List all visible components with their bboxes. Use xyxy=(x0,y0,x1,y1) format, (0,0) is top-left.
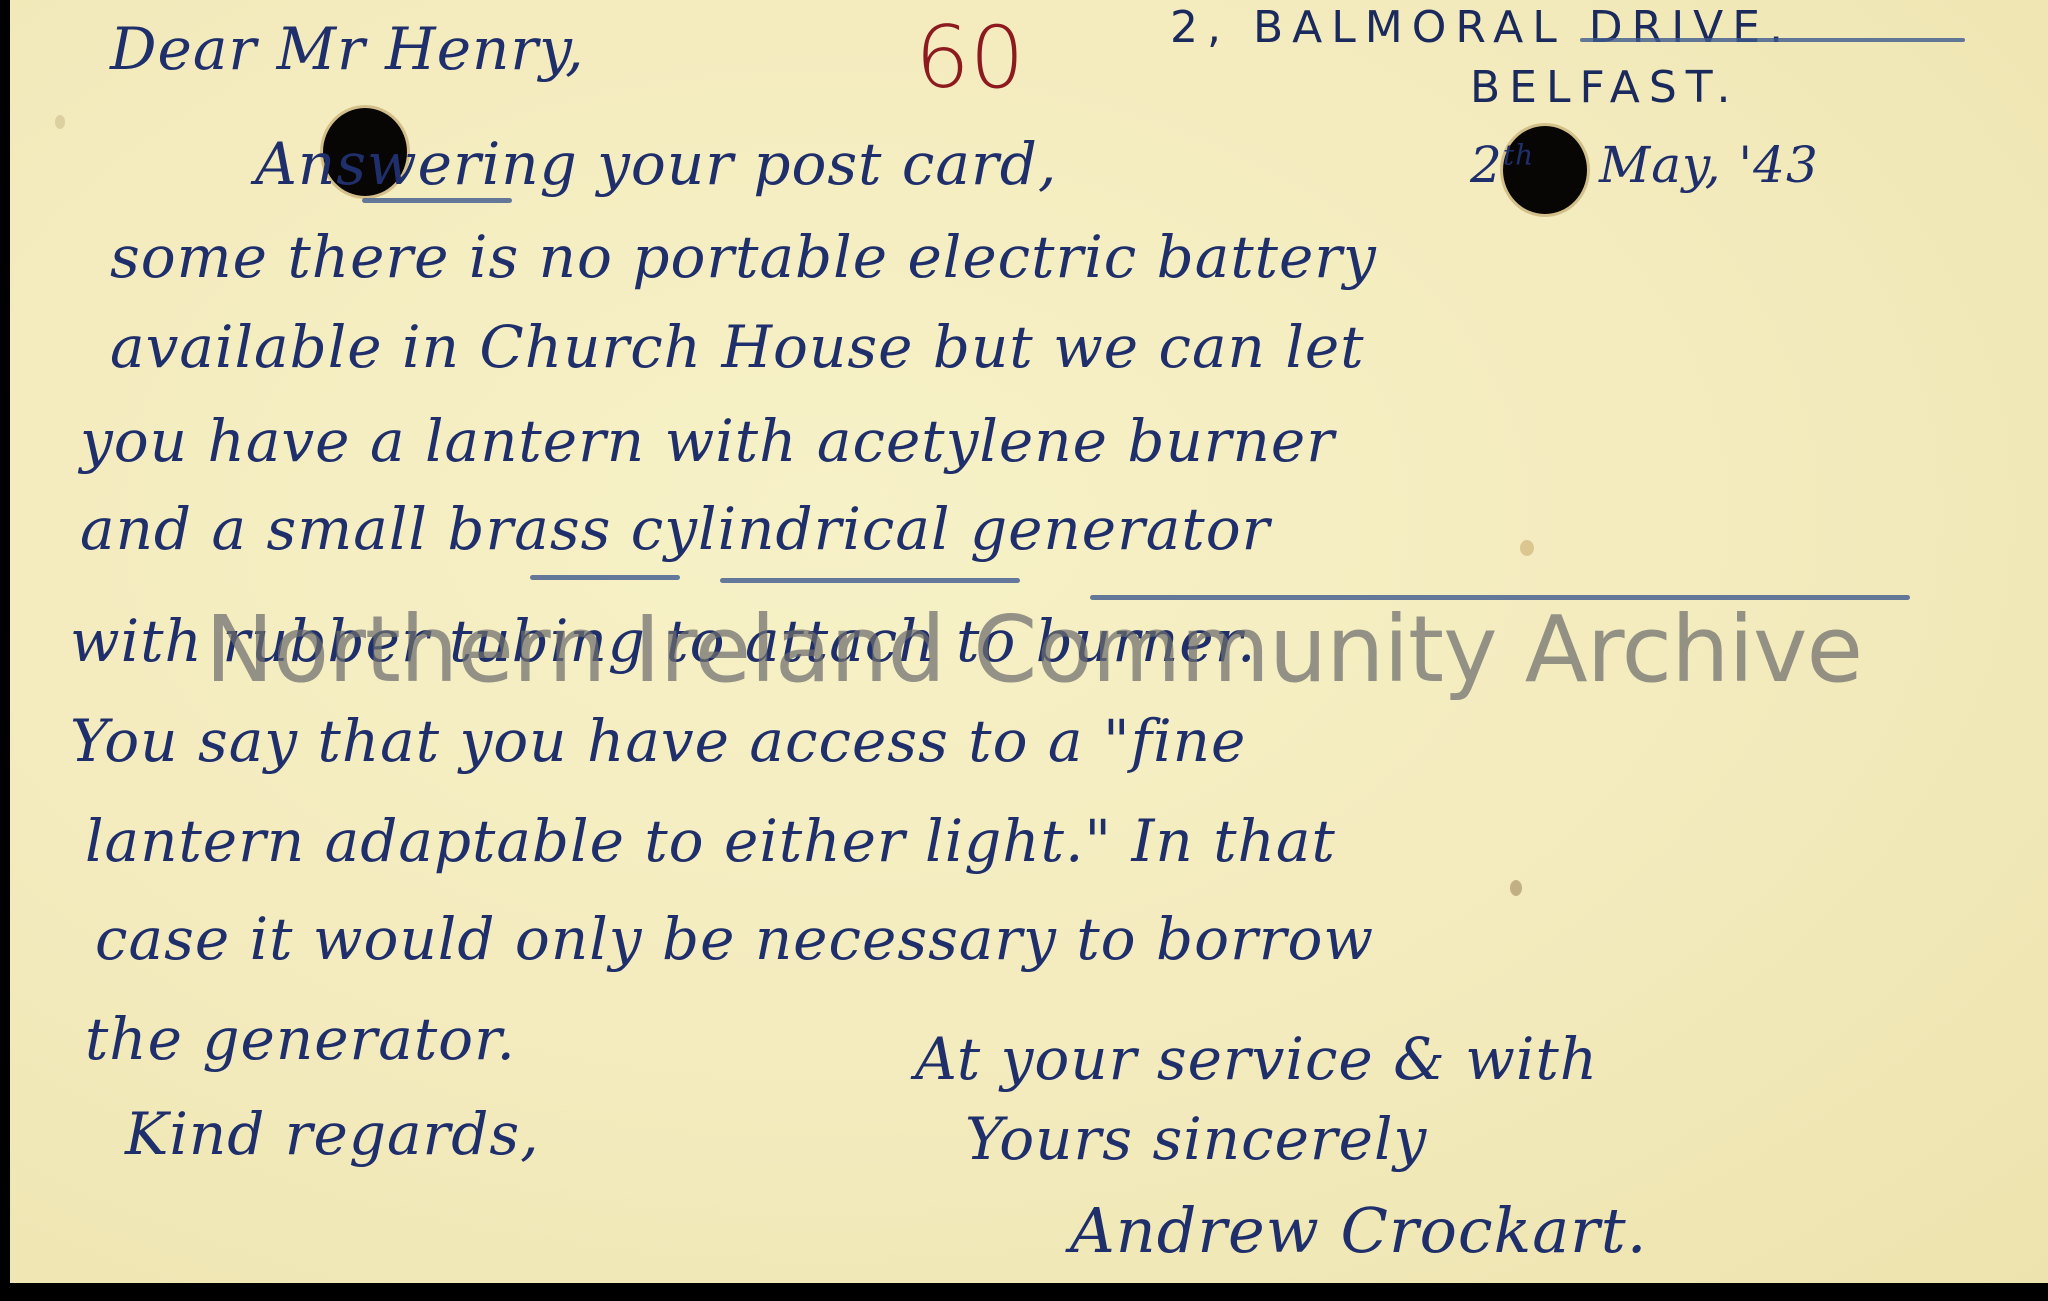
salutation: Dear Mr Henry, xyxy=(110,20,585,78)
address-underline xyxy=(1580,38,1965,42)
archive-number: 60 xyxy=(915,8,1024,108)
underline-stroke xyxy=(362,198,512,203)
body-line-7: You say that you have access to a "fine xyxy=(70,712,1246,770)
address-line-1: 2, BALMORAL DRIVE. xyxy=(1170,2,1792,53)
date-rest: May, '43 xyxy=(1599,136,1819,194)
date-suffix: th xyxy=(1503,138,1534,171)
paper-stain xyxy=(1520,540,1534,556)
underline-small xyxy=(530,575,680,580)
body-line-8: lantern adaptable to either light." In t… xyxy=(85,812,1336,870)
postcard: 60 2, BALMORAL DRIVE. BELFAST. Dear Mr H… xyxy=(10,0,2048,1283)
body-line-3: available in Church House but we can let xyxy=(110,318,1365,376)
underline-brass xyxy=(720,578,1020,583)
body-line-5: and a small brass cylindrical generator xyxy=(80,500,1270,558)
body-line-11: At your service & with xyxy=(915,1030,1598,1088)
watermark: Northern Ireland Community Archive xyxy=(205,596,1862,703)
body-line-10: the generator. xyxy=(85,1010,516,1068)
closing: Yours sincerely xyxy=(965,1110,1427,1168)
body-line-2: some there is no portable electric batte… xyxy=(110,228,1377,286)
date-day: 2 xyxy=(1470,136,1503,194)
body-line-1: Answering your post card, xyxy=(255,135,1057,193)
paper-stain xyxy=(1510,880,1522,896)
body-line-4: you have a lantern with acetylene burner xyxy=(80,412,1335,470)
signature: Andrew Crockart. xyxy=(1070,1200,1647,1262)
regards: Kind regards, xyxy=(125,1105,540,1163)
body-line-9: case it would only be necessary to borro… xyxy=(95,910,1374,968)
date: 2th May, '43 xyxy=(1470,140,1819,190)
paper-stain xyxy=(55,115,65,129)
address-line-2: BELFAST. xyxy=(1470,62,1739,113)
